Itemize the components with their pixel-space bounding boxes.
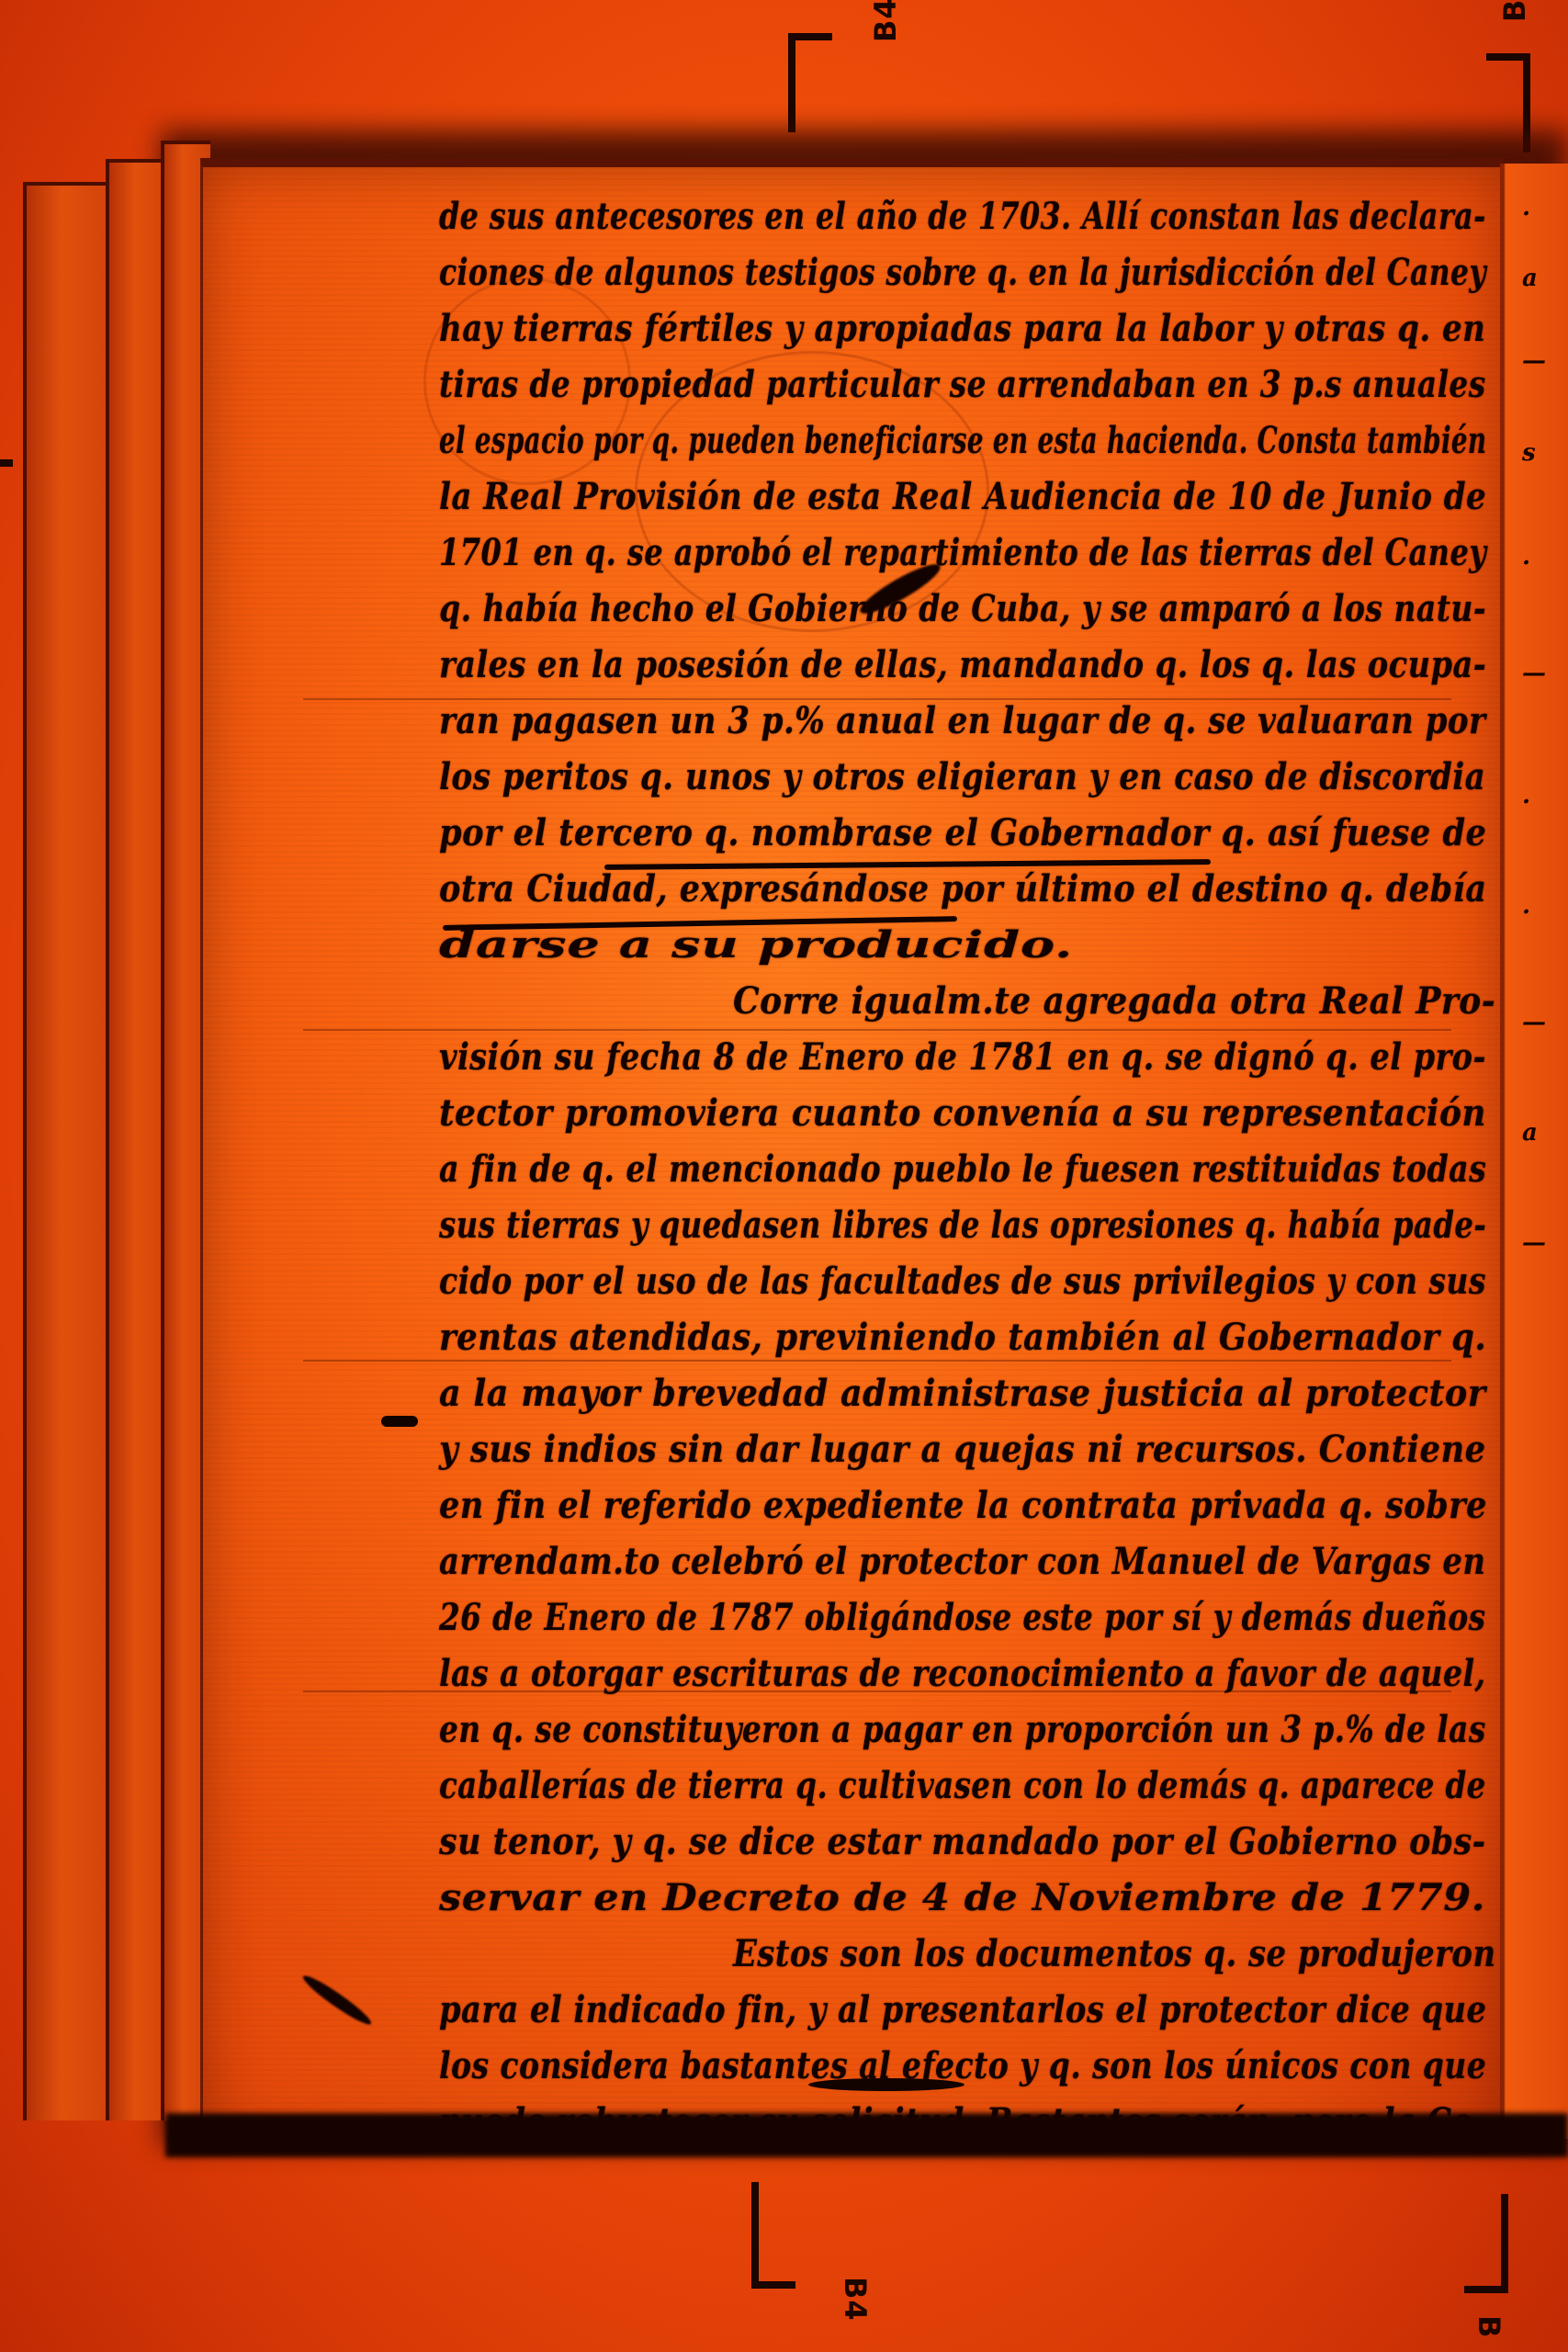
bleedthrough-line	[303, 1029, 1451, 1031]
adjacent-page-fragment: —	[1522, 1009, 1546, 1036]
adjacent-page-fragment: ·	[1522, 549, 1530, 577]
marker-label-bottom-left: B4	[838, 2277, 873, 2322]
manuscript-line: y sus indios sin dar lugar a quejas ni r…	[439, 1428, 1486, 1471]
manuscript-line: tiras de propiedad particular se arrenda…	[439, 363, 1486, 406]
manuscript-line: los considera bastantes al efecto y q. s…	[439, 2044, 1486, 2087]
adjacent-page-fragment: —	[1522, 1229, 1546, 1257]
manuscript-line: ran pagasen un 3 p.% anual en lugar de q…	[439, 699, 1485, 742]
stacked-page-edges	[14, 173, 207, 2120]
manuscript-line: los peritos q. unos y otros eligieran y …	[439, 755, 1485, 798]
crop-marker-bottom-left	[751, 2182, 795, 2289]
bleedthrough-line	[303, 1360, 1451, 1362]
manuscript-line-paragraph-start: Corre igualm.te agregada otra Real Pro-	[733, 979, 1495, 1023]
marker-label-bottom-right: B	[1472, 2315, 1506, 2338]
marker-label-top-left: B4	[868, 0, 903, 42]
manuscript-line: cido por el uso de las facultades de sus…	[439, 1260, 1486, 1303]
adjacent-page-fragment: ·	[1522, 788, 1530, 816]
manuscript-line: servar en Decreto de 4 de Noviembre de 1…	[439, 1876, 1485, 1919]
adjacent-page-fragment: ·	[1522, 899, 1530, 926]
marker-label-top-right: B	[1497, 0, 1532, 22]
manuscript-line: otra Ciudad, expresándose por último el …	[439, 867, 1487, 910]
manuscript-line: por el tercero q. nombrase el Gobernador…	[439, 811, 1486, 854]
page-edge	[23, 182, 114, 2120]
manuscript-line: las a otorgar escrituras de reconocimien…	[439, 1652, 1486, 1695]
manuscript-line-paragraph-start: Estos son los documentos q. se produjero…	[733, 1932, 1496, 1975]
crop-marker-left-tick	[0, 459, 13, 467]
manuscript-line: visión su fecha 8 de Enero de 1781 en q.…	[439, 1035, 1486, 1079]
adjacent-page-fragment: —	[1522, 660, 1546, 687]
margin-mark	[381, 1416, 418, 1427]
manuscript-line: a fin de q. el mencionado pueblo le fues…	[439, 1148, 1486, 1191]
manuscript-line: en q. se constituyeron a pagar en propor…	[439, 1708, 1486, 1751]
adjacent-page-strip: · a — s · — · · — a —	[1500, 164, 1568, 2139]
book-bottom-shadow	[165, 2113, 1568, 2157]
manuscript-line: darse a su producido.	[439, 923, 1073, 967]
manuscript-line: 1701 en q. se aprobó el repartimiento de…	[439, 531, 1486, 574]
crop-marker-bottom-right	[1464, 2194, 1508, 2293]
manuscript-line: arrendam.to celebró el protector con Man…	[439, 1540, 1486, 1583]
adjacent-page-fragment: —	[1522, 347, 1546, 375]
manuscript-line: q. había hecho el Gobierno de Cuba, y se…	[439, 587, 1486, 630]
manuscript-line: para el indicado fin, y al presentarlos …	[439, 1988, 1486, 2031]
manuscript-line: en fin el referido expediente la contrat…	[439, 1484, 1487, 1527]
manuscript-line: sus tierras y quedasen libres de las opr…	[439, 1204, 1486, 1247]
manuscript-line: tector promoviera cuanto convenía a su r…	[439, 1091, 1486, 1135]
manuscript-line: 26 de Enero de 1787 obligándose este por…	[439, 1596, 1485, 1639]
adjacent-page-fragment: ·	[1522, 200, 1530, 228]
manuscript-line: ciones de algunos testigos sobre q. en l…	[439, 251, 1486, 294]
manuscript-line: hay tierras fértiles y apropiadas para l…	[439, 307, 1485, 350]
adjacent-page-fragment: a	[1522, 265, 1538, 292]
manuscript-line: rales en la posesión de ellas, mandando …	[439, 643, 1486, 686]
manuscript-line: de sus antecesores en el año de 1703. Al…	[439, 195, 1486, 238]
manuscript-line: caballerías de tierra q. cultivasen con …	[439, 1764, 1486, 1807]
manuscript-line: el espacio por q. pueden beneficiarse en…	[439, 419, 1486, 462]
manuscript-line: la Real Provisión de esta Real Audiencia…	[439, 475, 1486, 518]
manuscript-line: a la mayor brevedad administrase justici…	[439, 1372, 1486, 1415]
manuscript-line: rentas atendidas, previniendo también al…	[439, 1316, 1486, 1359]
adjacent-page-fragment: a	[1522, 1119, 1538, 1147]
manuscript-line: su tenor, y q. se dice estar mandado por…	[439, 1820, 1486, 1863]
crop-marker-top-left	[788, 33, 832, 132]
closing-flourish	[808, 2078, 964, 2091]
adjacent-page-fragment: s	[1522, 439, 1536, 467]
